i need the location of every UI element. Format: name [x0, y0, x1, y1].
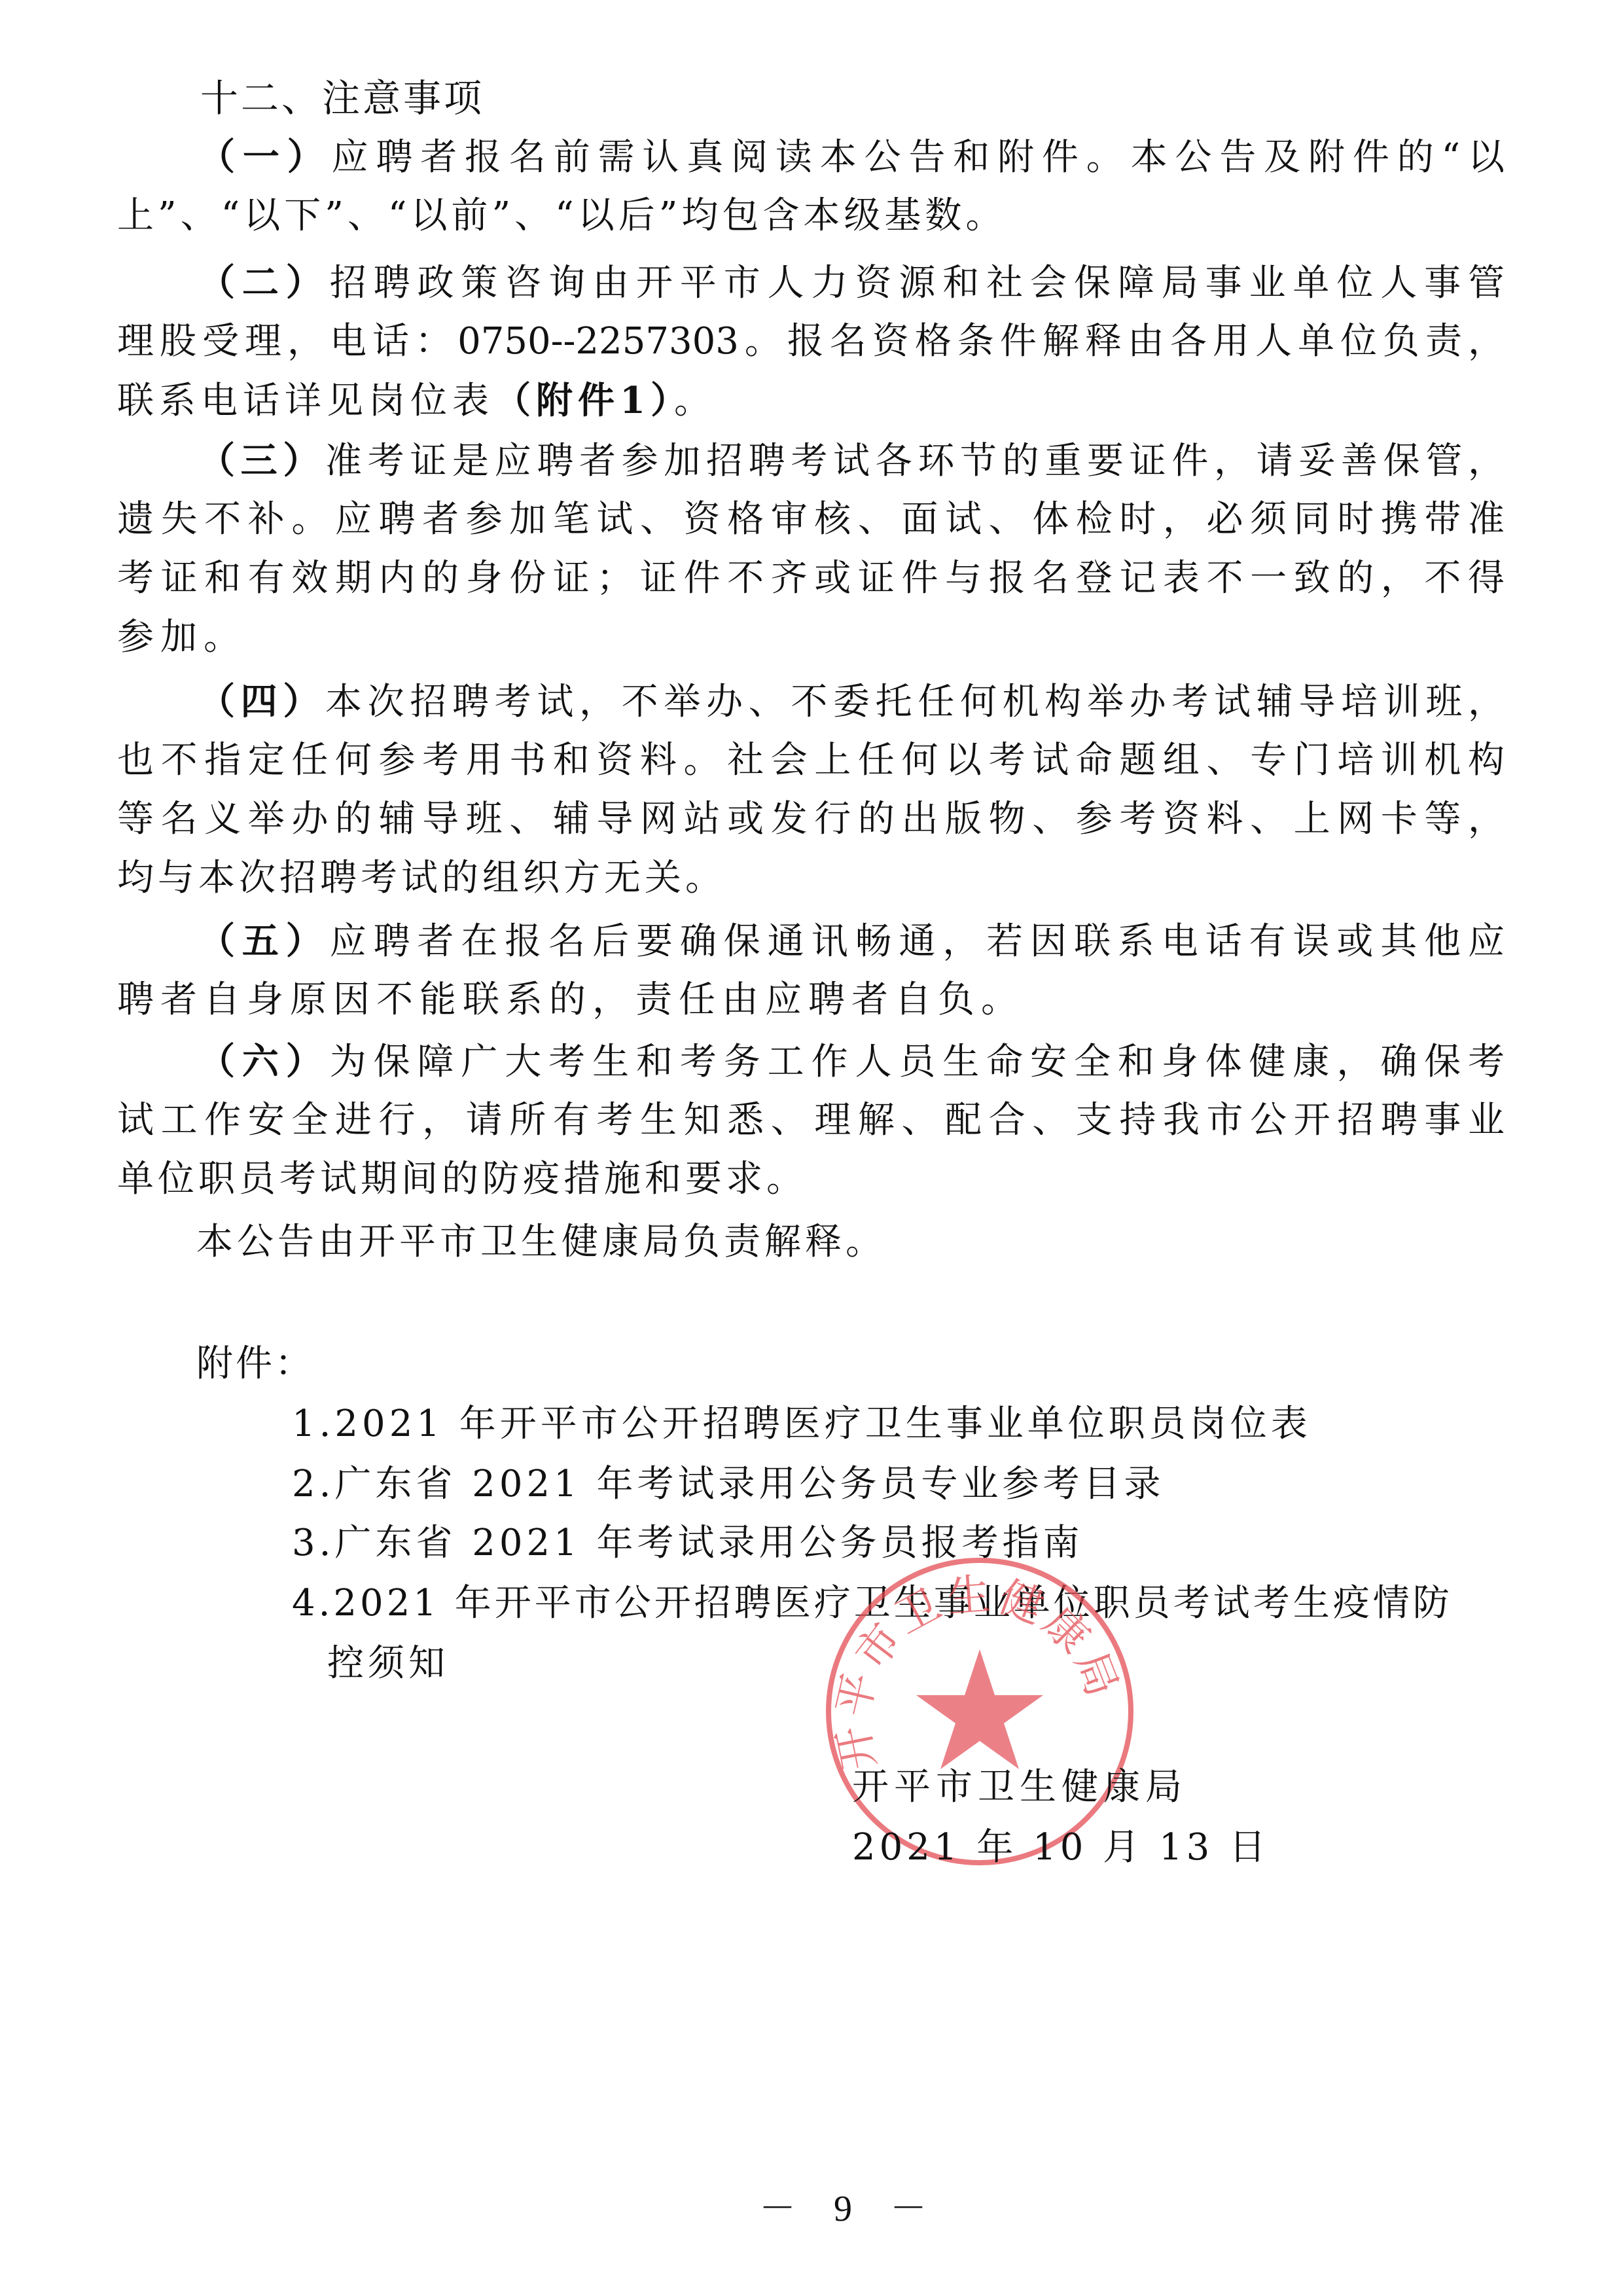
item-1-line-2: 上”、“以下”、“以前”、“以后”均包含本级基数。 [117, 195, 1006, 237]
item-marker: （六） [198, 1040, 330, 1083]
item-6-line-2: 试工作安全进行，请所有考生知悉、理解、配合、支持我市公开招聘事业 [117, 1100, 1505, 1141]
item-6-line-3: 单位职员考试期间的防疫措施和要求。 [117, 1158, 807, 1200]
item-4-line-3: 等名义举办的辅导班、辅导网站或发行的出版物、参考资料、上网卡等， [117, 798, 1505, 840]
item-2-line-3: 联系电话详见岗位表（附件1）。 [117, 380, 716, 422]
item-marker: （一） [198, 135, 332, 179]
signature-org: 开平市卫生健康局 [852, 1758, 1187, 1810]
item-5-line-1: （五）应聘者在报名后要确保通讯畅通，若因联系电话有误或其他应 [117, 920, 1505, 963]
item-2-line-2: 理股受理，电话：0750--2257303。报名资格条件解释由各用人单位负责， [117, 321, 1505, 363]
attachments-label: 附件： [196, 1343, 314, 1385]
page-number: － 9 － [759, 2179, 941, 2232]
item-3-line-4: 参加。 [117, 617, 247, 658]
item-4-line-4: 均与本次招聘考试的组织方无关。 [117, 857, 726, 899]
item-marker: （四） [198, 680, 325, 723]
attachment-item-2: 2.广东省 2021 年考试录用公务员专业参考目录 [292, 1463, 1165, 1505]
item-3-line-3: 考证和有效期内的身份证；证件不齐或证件与报名登记表不一致的，不得 [117, 558, 1505, 600]
item-marker: （五） [198, 920, 330, 963]
item-marker: （三） [198, 439, 325, 482]
item-marker: （二） [198, 261, 330, 304]
signature-date: 2021 年 10 月 13 日 [852, 1818, 1270, 1871]
document-page: 十二、注意事项 （一）应聘者报名前需认真阅读本公告和附件。本公告及附件的“以 上… [0, 0, 1623, 2296]
attachment-ref: （附件1） [494, 379, 674, 422]
item-4-line-1: （四）本次招聘考试，不举办、不委托任何机构举办考试辅导培训班， [117, 681, 1505, 723]
item-1-line-1: （一）应聘者报名前需认真阅读本公告和附件。本公告及附件的“以 [117, 136, 1505, 179]
item-2-line-1: （二）招聘政策咨询由开平市人力资源和社会保障局事业单位人事管 [117, 262, 1505, 304]
closing-statement: 本公告由开平市卫生健康局负责解释。 [196, 1221, 886, 1263]
item-3-line-1: （三）准考证是应聘者参加招聘考试各环节的重要证件，请妥善保管， [117, 440, 1505, 482]
item-3-line-2: 遗失不补。应聘者参加笔试、资格审核、面试、体检时，必须同时携带准 [117, 499, 1505, 541]
item-4-line-2: 也不指定任何参考用书和资料。社会上任何以考试命题组、专门培训机构 [117, 740, 1505, 781]
item-6-line-1: （六）为保障广大考生和考务工作人员生命安全和身体健康，确保考 [117, 1041, 1505, 1083]
item-5-line-2: 聘者自身原因不能联系的，责任由应聘者自负。 [117, 979, 1024, 1021]
attachment-item-4-continued: 控须知 [327, 1643, 449, 1685]
section-heading: 十二、注意事项 [200, 77, 484, 119]
attachment-item-1: 1.2021 年开平市公开招聘医疗卫生事业单位职员岗位表 [292, 1403, 1311, 1445]
